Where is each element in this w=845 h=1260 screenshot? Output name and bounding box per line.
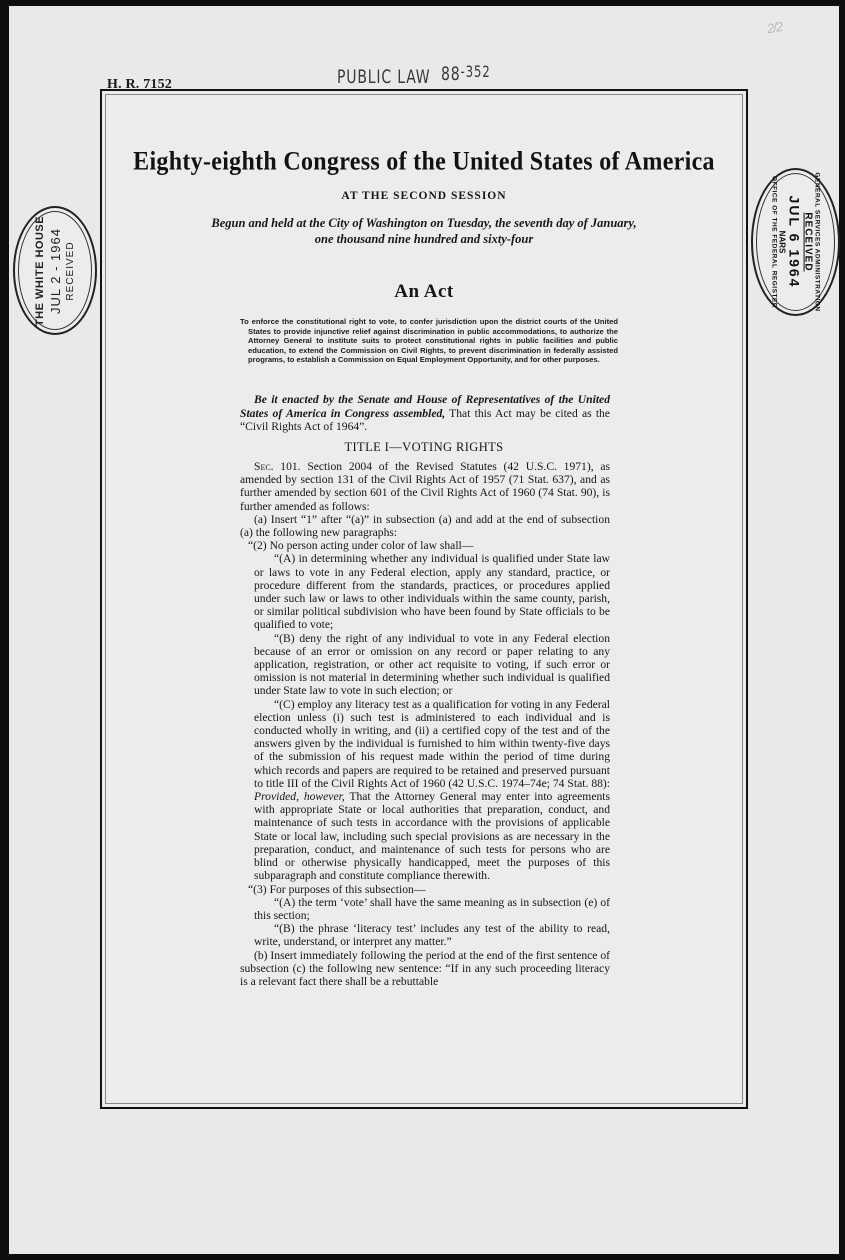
subsection-a: (a) Insert “1” after “(a)” in subsection… [240, 513, 610, 539]
convening-line-2: one thousand nine hundred and sixty-four [102, 231, 746, 247]
act-purpose: To enforce the constitutional right to v… [240, 317, 618, 365]
clause-2-B: “(B) deny the right of any individual to… [240, 632, 610, 698]
stamp-gsa-nars: NARS [778, 172, 787, 311]
public-law-stamp: PUBLIC LAW 88-352 [337, 66, 491, 88]
stamp-wh-date: JUL 2 - 1964 [48, 215, 63, 325]
public-law-number: 88 [441, 63, 460, 85]
stamp-wh-received: RECEIVED [65, 215, 76, 325]
clause-3-A: “(A) the term ‘vote’ shall have the same… [240, 896, 610, 922]
public-law-suffix: -352 [460, 62, 490, 81]
section-label: Sec. 101. [254, 460, 301, 473]
session-line: AT THE SECOND SESSION [102, 190, 746, 202]
corner-pencil-note: 2/2 [766, 19, 783, 36]
document-frame: Eighty-eighth Congress of the United Sta… [100, 89, 748, 1109]
subsection-b: (b) Insert immediately following the per… [240, 949, 610, 989]
clause-2-C: “(C) employ any literacy test as a quali… [240, 698, 610, 883]
stamp-gsa-agency: GENERAL SERVICES ADMINISTRATION [814, 172, 821, 311]
provided-italic: Provided, however, [254, 790, 345, 803]
convening-statement: Begun and held at the City of Washington… [102, 215, 746, 247]
stamp-gsa-office: OFFICE OF THE FEDERAL REGISTER [771, 172, 778, 311]
congress-title: Eighty-eighth Congress of the United Sta… [102, 148, 746, 177]
paragraph-3: “(3) For purposes of this subsection— [240, 883, 610, 896]
stamp-gsa-date: JUL 6 1964 [787, 172, 803, 311]
act-title: An Act [102, 281, 746, 303]
white-house-received-stamp: THE WHITE HOUSE JUL 2 - 1964 RECEIVED [13, 206, 97, 335]
stamp-gsa-received: RECEIVED [803, 172, 814, 311]
public-law-label: PUBLIC LAW [337, 66, 430, 88]
section-101-intro: Sec. 101. Section 2004 of the Revised St… [240, 460, 610, 513]
title-heading: TITLE I—VOTING RIGHTS [102, 440, 746, 455]
section-text: Sec. 101. Section 2004 of the Revised St… [240, 460, 610, 988]
enacting-clause: Be it enacted by the Senate and House of… [240, 393, 610, 434]
convening-line-1: Begun and held at the City of Washington… [102, 215, 746, 231]
clause-3-B: “(B) the phrase ‘literacy test’ includes… [240, 922, 610, 948]
clause-2-A: “(A) in determining whether any individu… [240, 552, 610, 631]
gsa-received-stamp: GENERAL SERVICES ADMINISTRATION RECEIVED… [751, 168, 840, 316]
paragraph-2: “(2) No person acting under color of law… [240, 539, 610, 552]
stamp-wh-line1: THE WHITE HOUSE [34, 215, 46, 325]
